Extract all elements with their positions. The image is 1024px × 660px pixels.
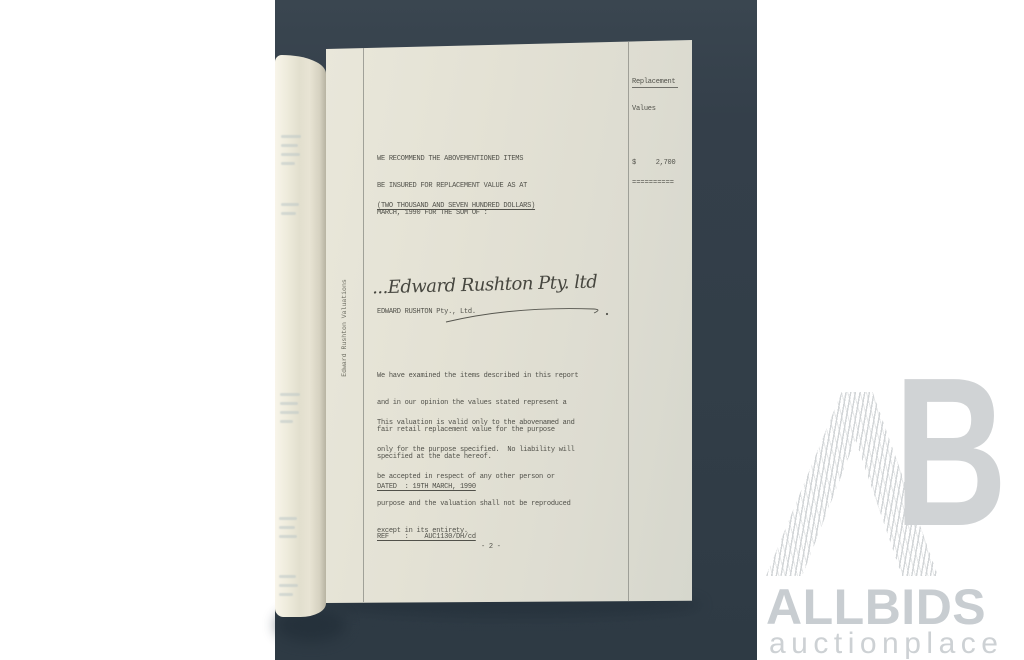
watermark-brand-text: ALLBIDS — [766, 582, 986, 632]
watermark-tagline-text: auctionplace — [769, 629, 1003, 659]
bleed-text-line — [281, 203, 299, 206]
bleed-text-line — [279, 517, 297, 520]
recommendation-line: BE INSURED FOR REPLACEMENT VALUE AS AT — [377, 182, 527, 191]
amount-double-rule: ========== — [632, 179, 674, 188]
document-page: Edward Rushton Valuations Replacement Va… — [326, 40, 692, 603]
bleed-text-line — [279, 575, 296, 578]
recommendation-line: WE RECOMMEND THE ABOVEMENTIONED ITEMS — [377, 155, 527, 164]
bleed-text-line — [279, 535, 297, 538]
bleed-text-line — [280, 393, 300, 396]
replacement-amount: $ 2,700 — [632, 159, 675, 168]
replacement-values-underline — [632, 87, 678, 88]
bleed-text-line — [281, 144, 298, 147]
bleed-text-line — [279, 526, 295, 529]
bleed-text-line — [279, 593, 293, 596]
values-column-rule — [628, 42, 629, 602]
replacement-values-line2: Values — [632, 105, 675, 114]
vertical-margin-label: Edward Rushton Valuations — [341, 273, 353, 383]
curled-left-page — [275, 55, 326, 617]
bleed-text-line — [281, 212, 296, 215]
typed-company-name: EDWARD RUSHTON Pty., Ltd. — [377, 308, 476, 317]
recommendation-paragraph: WE RECOMMEND THE ABOVEMENTIONED ITEMS BE… — [377, 137, 527, 236]
left-margin-rule — [363, 42, 364, 602]
validity-line: purpose and the valuation shall not be r… — [377, 500, 575, 509]
replacement-values-line1: Replacement — [632, 78, 675, 87]
dated-line: DATED : 19TH MARCH, 1990 — [377, 483, 476, 492]
bleed-text-line — [280, 402, 298, 405]
bleed-text-line — [280, 420, 293, 423]
validity-line: be accepted in respect of any other pers… — [377, 473, 575, 482]
bleed-text-line — [279, 584, 298, 587]
bleed-text-line — [281, 135, 301, 138]
bleed-text-line — [280, 411, 299, 414]
bleed-text-line — [281, 162, 295, 165]
validity-line: only for the purpose specified. No liabi… — [377, 446, 575, 455]
examined-line: We have examined the items described in … — [377, 372, 579, 381]
page-number: - 2 - — [481, 543, 501, 552]
reference-line: REF : AUC1130/DH/cd — [377, 533, 476, 542]
replacement-values-header: Replacement Values — [632, 60, 675, 132]
handwritten-signature: ...Edward Rushton Pty. ltd — [372, 271, 632, 299]
amount-in-words: (TWO THOUSAND AND SEVEN HUNDRED DOLLARS) — [377, 202, 535, 211]
watermark-letter-b: B — [894, 346, 1007, 558]
validity-paragraph: This valuation is valid only to the abov… — [377, 401, 575, 554]
validity-line: This valuation is valid only to the abov… — [377, 419, 575, 428]
bleed-text-line — [281, 153, 300, 156]
